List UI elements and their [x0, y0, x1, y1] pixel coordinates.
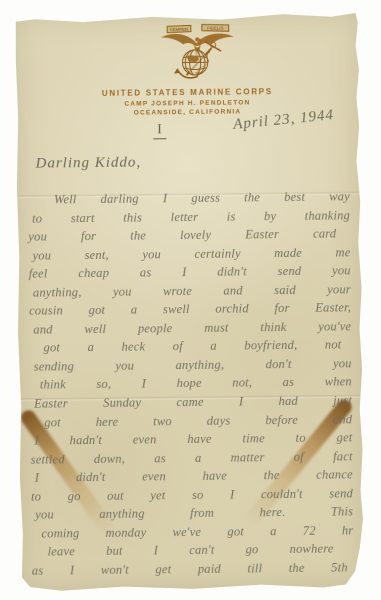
- letter-line: as I won't get paid till the 5th: [32, 558, 354, 580]
- salutation: Darling Kiddo,: [35, 154, 141, 172]
- motto-right-text: FIDELIS: [207, 26, 224, 31]
- page-numeral: I: [153, 122, 166, 139]
- letter-body: Well darling I guess the best way to sta…: [28, 187, 354, 580]
- letter-paper: SEMPER FIDELIS: [14, 11, 365, 592]
- letter-scan-background: SEMPER FIDELIS: [0, 0, 381, 600]
- letterhead-org: United States Marine Corps: [15, 86, 360, 99]
- letterhead: SEMPER FIDELIS: [14, 21, 360, 118]
- motto-left-text: SEMPER: [169, 27, 187, 32]
- usmc-eagle-globe-anchor-icon: SEMPER FIDELIS: [149, 22, 246, 83]
